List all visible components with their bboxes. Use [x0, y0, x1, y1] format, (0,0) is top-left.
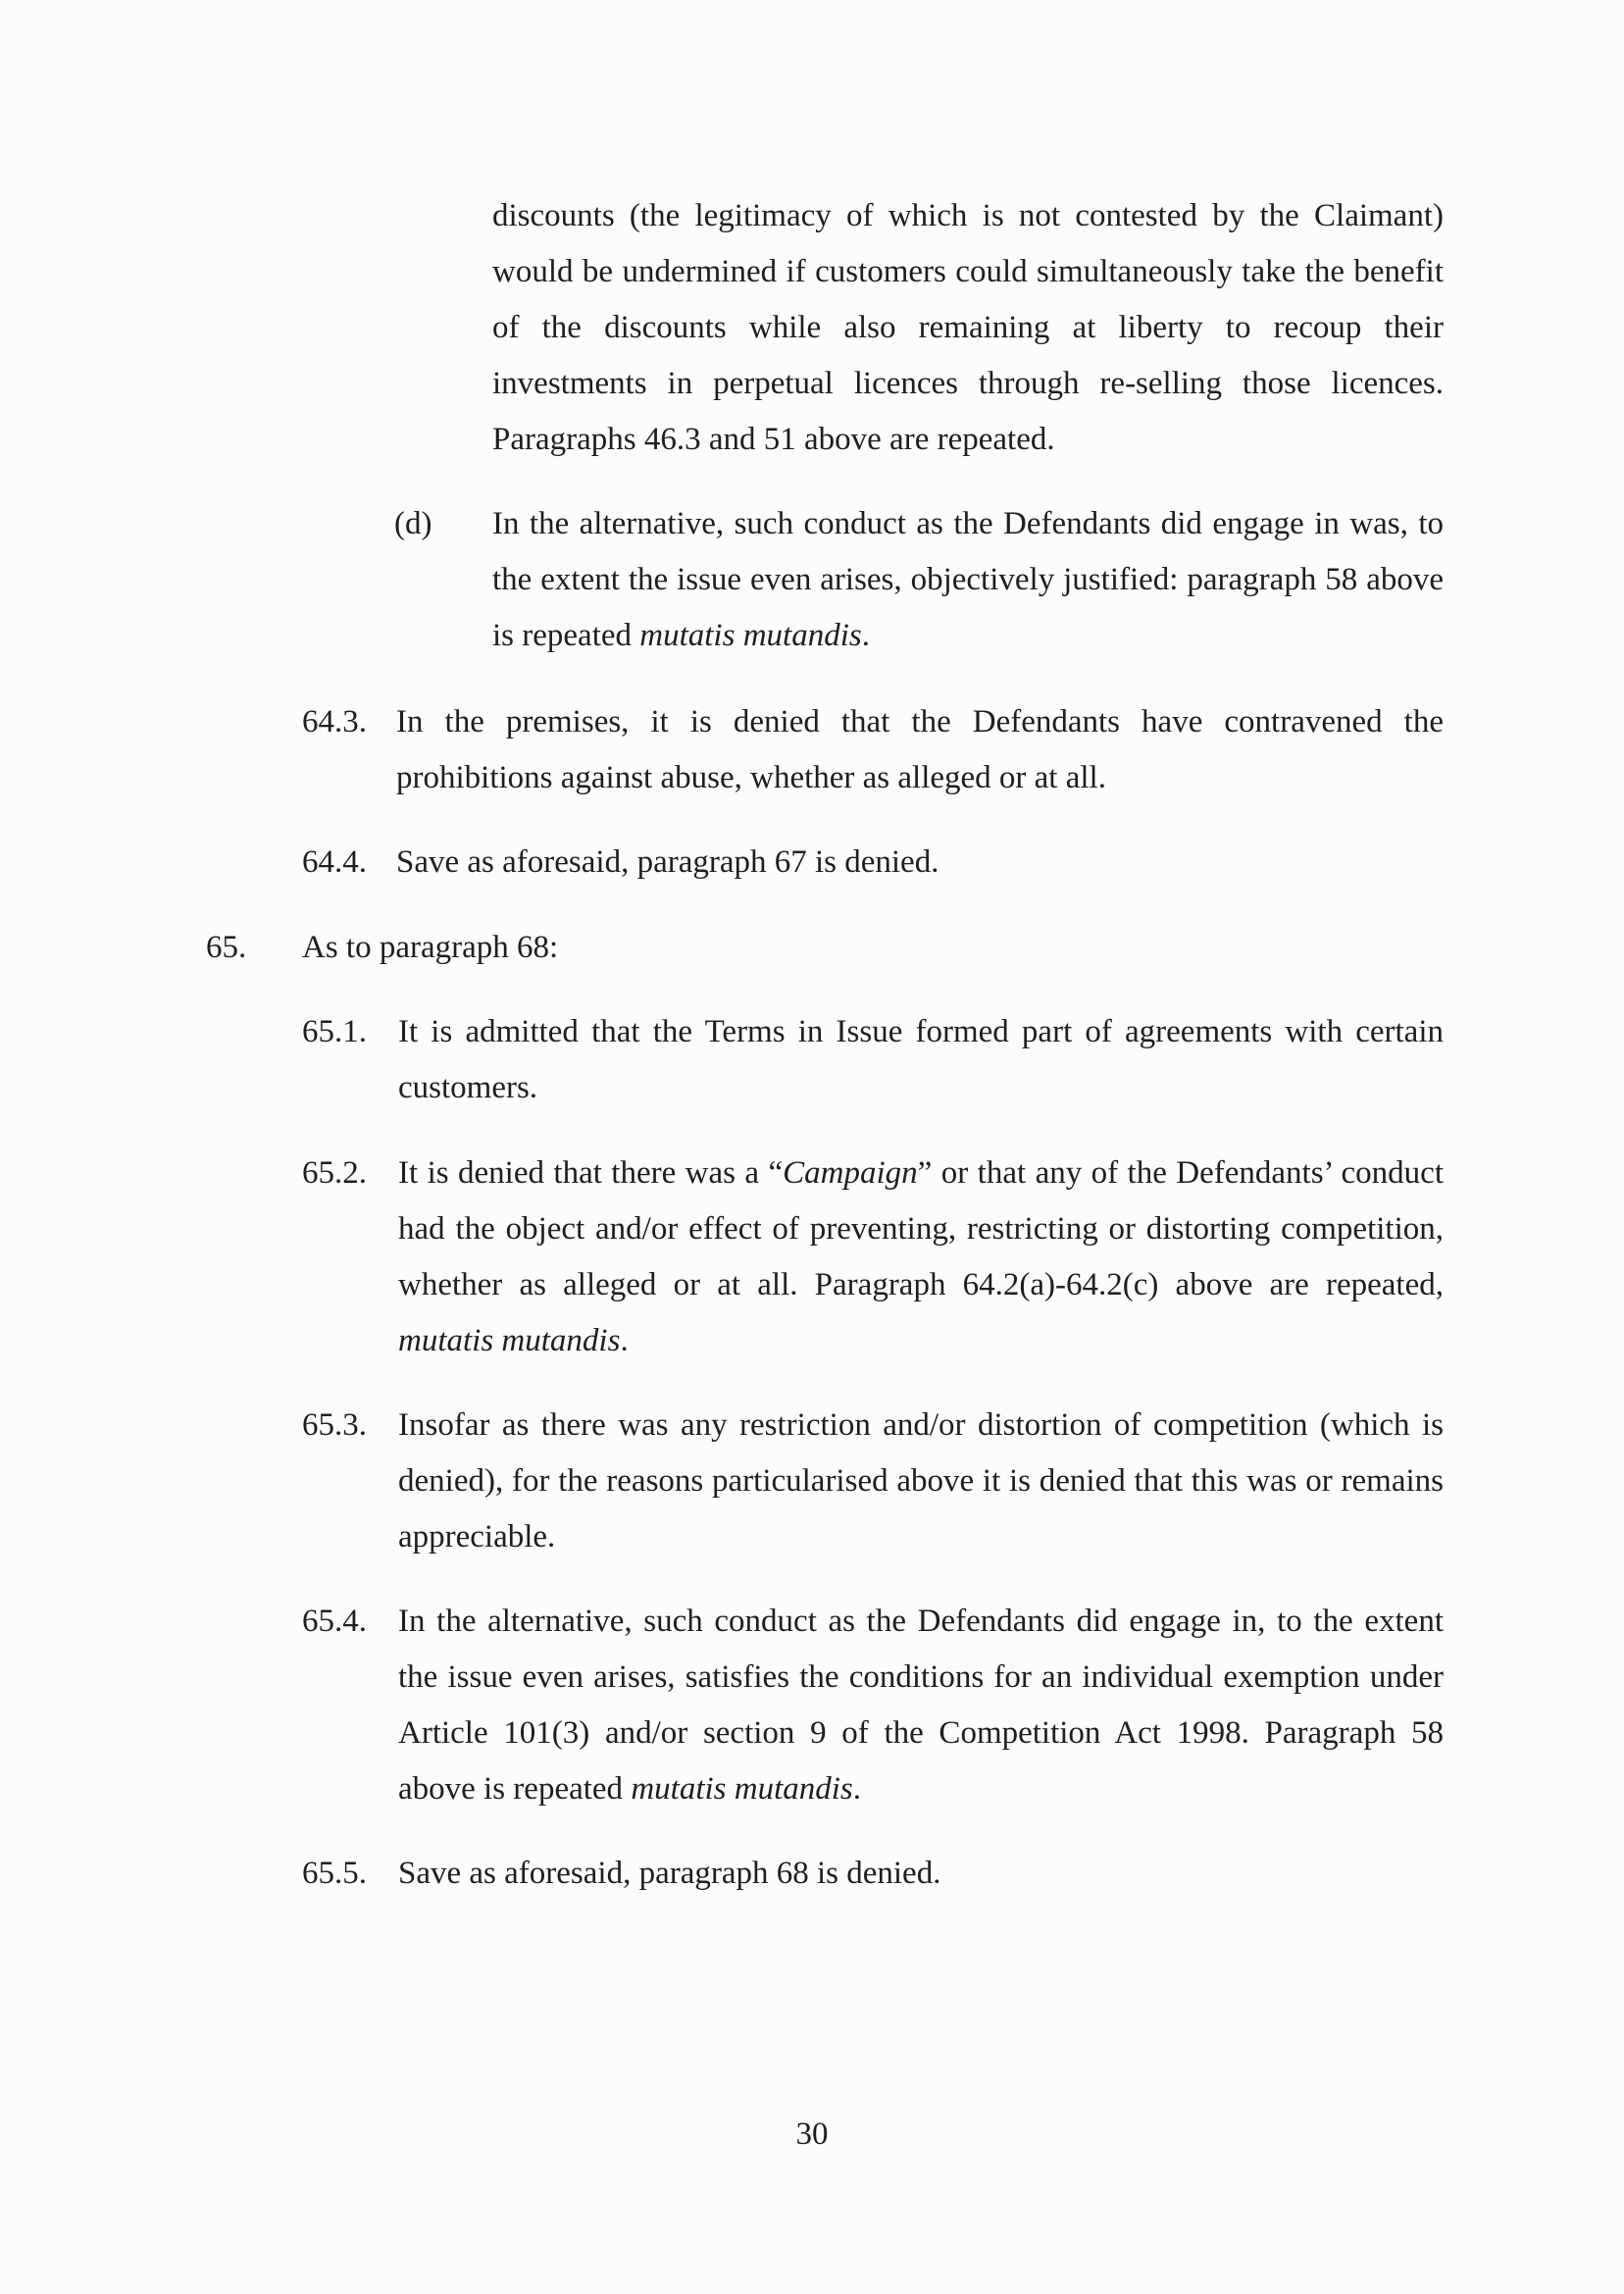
text-line: mutatis mutandis.	[398, 1313, 629, 1369]
text-line: Article 101(3) and/or section 9 of the C…	[398, 1706, 1444, 1761]
text-line: denied), for the reasons particularised …	[398, 1453, 1444, 1509]
text-line: It is denied that there was a “Campaign”…	[398, 1146, 1444, 1201]
paragraph-number: 65.5.	[302, 1846, 367, 1902]
text-line: It is admitted that the Terms in Issue f…	[398, 1004, 1444, 1060]
text-line: had the object and/or effect of preventi…	[398, 1201, 1444, 1257]
paragraph-number: 65.1.	[302, 1004, 367, 1060]
text-line: whether as alleged or at all. Paragraph …	[398, 1257, 1444, 1313]
text-line: customers.	[398, 1060, 537, 1116]
italic-latin-phrase: mutatis mutandis	[398, 1323, 620, 1358]
italic-defined-term: Campaign	[783, 1155, 918, 1191]
text-run: ” or that any of the Defendants’ conduct	[918, 1155, 1444, 1191]
text-line: In the alternative, such conduct as the …	[398, 1594, 1444, 1650]
paragraph-number: 65.3.	[302, 1398, 367, 1453]
text-run: above is repeated	[398, 1771, 631, 1807]
text-line: of the discounts while also remaining at…	[492, 300, 1444, 356]
text-line: appreciable.	[398, 1509, 555, 1565]
text-line: In the alternative, such conduct as the …	[492, 496, 1444, 552]
paragraph-number: 64.3.	[302, 694, 367, 750]
italic-latin-phrase: mutatis mutandis	[639, 618, 861, 653]
text-line: Paragraphs 46.3 and 51 above are repeate…	[492, 412, 1055, 468]
text-line: investments in perpetual licences throug…	[492, 356, 1444, 412]
page-number: 30	[0, 2116, 1624, 2153]
text-line: the issue even arises, satisfies the con…	[398, 1650, 1444, 1706]
text-line: would be undermined if customers could s…	[492, 244, 1444, 300]
text-run: .	[853, 1771, 861, 1807]
text-line: is repeated mutatis mutandis.	[492, 608, 870, 664]
text-line: Insofar as there was any restriction and…	[398, 1398, 1444, 1453]
text-run: It is denied that there was a “	[398, 1155, 783, 1191]
text-run: .	[620, 1323, 628, 1358]
text-line: As to paragraph 68:	[302, 920, 558, 976]
text-run: .	[862, 618, 870, 653]
text-line: Save as aforesaid, paragraph 67 is denie…	[396, 835, 939, 891]
text-line: discounts (the legitimacy of which is no…	[492, 188, 1444, 244]
text-line: prohibitions against abuse, whether as a…	[396, 750, 1106, 806]
paragraph-number: 65.4.	[302, 1594, 367, 1650]
text-line: the extent the issue even arises, object…	[492, 552, 1444, 608]
paragraph-number: 65.	[206, 920, 246, 976]
text-line: Save as aforesaid, paragraph 68 is denie…	[398, 1846, 940, 1902]
text-line: In the premises, it is denied that the D…	[396, 694, 1444, 750]
italic-latin-phrase: mutatis mutandis	[631, 1771, 852, 1807]
text-run: is repeated	[492, 618, 639, 653]
text-line: above is repeated mutatis mutandis.	[398, 1761, 861, 1817]
document-page: discounts (the legitimacy of which is no…	[0, 0, 1624, 2294]
paragraph-number: 65.2.	[302, 1146, 367, 1201]
subparagraph-label: (d)	[394, 496, 431, 552]
paragraph-number: 64.4.	[302, 835, 367, 891]
